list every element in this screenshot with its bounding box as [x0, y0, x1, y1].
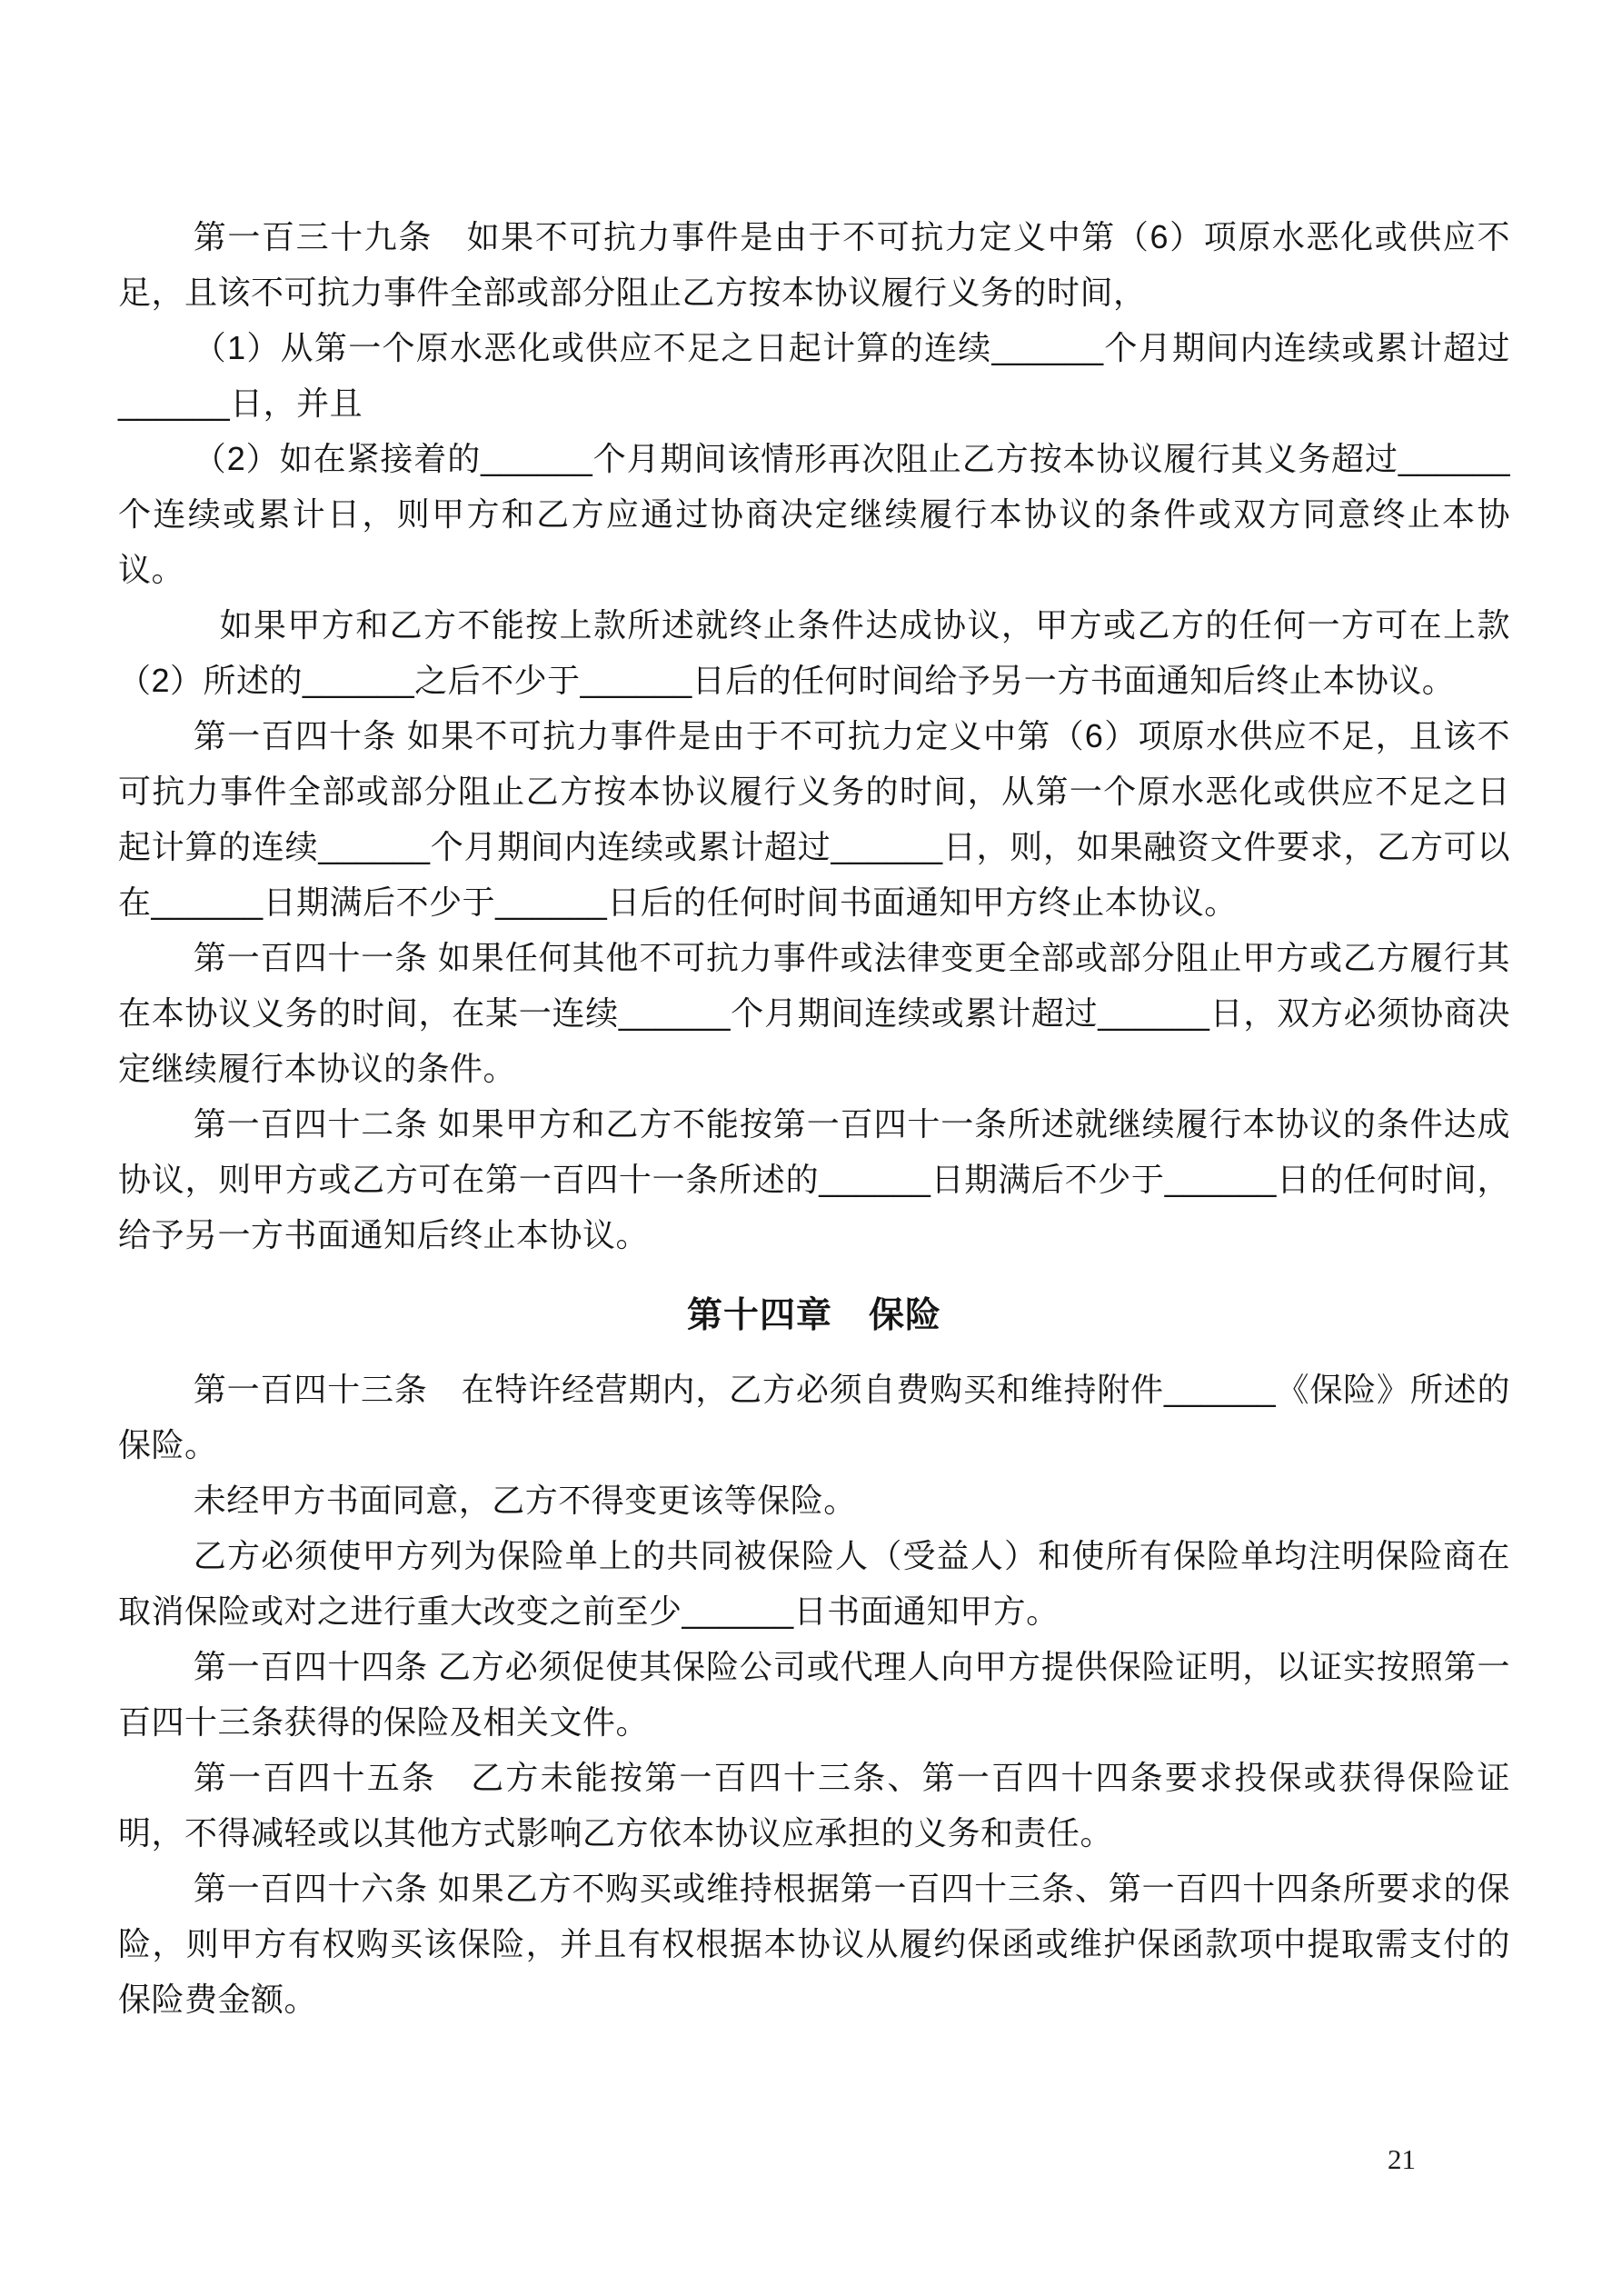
clause-143-paragraph: 第一百四十三条 在特许经营期内，乙方必须自费购买和维持附件______《保险》所… — [118, 1362, 1510, 1472]
chapter-14-heading: 第十四章 保险 — [118, 1288, 1510, 1343]
document-page: 第一百三十九条 如果不可抗力事件是由于不可抗力定义中第（6）项原水恶化或供应不足… — [0, 0, 1622, 2296]
clause-140-paragraph: 第一百四十条 如果不可抗力事件是由于不可抗力定义中第（6）项原水供应不足，且该不… — [118, 708, 1510, 930]
clause-146-paragraph: 第一百四十六条 如果乙方不购买或维持根据第一百四十三条、第一百四十四条所要求的保… — [118, 1861, 1510, 2027]
clause-143-co-insured-paragraph: 乙方必须使甲方列为保险单上的共同被保险人（受益人）和使所有保险单均注明保险商在取… — [118, 1528, 1510, 1639]
clause-143-no-amendment-paragraph: 未经甲方书面同意，乙方不得变更该等保险。 — [118, 1472, 1510, 1528]
clause-139-paragraph: 第一百三十九条 如果不可抗力事件是由于不可抗力定义中第（6）项原水恶化或供应不足… — [118, 209, 1510, 320]
document-body: 第一百三十九条 如果不可抗力事件是由于不可抗力定义中第（6）项原水恶化或供应不足… — [118, 209, 1510, 2027]
clause-142-paragraph: 第一百四十二条 如果甲方和乙方不能按第一百四十一条所述就继续履行本协议的条件达成… — [118, 1096, 1510, 1263]
clause-141-paragraph: 第一百四十一条 如果任何其他不可抗力事件或法律变更全部或部分阻止甲方或乙方履行其… — [118, 930, 1510, 1096]
clause-139-item-2: （2）如在紧接着的______个月期间该情形再次阻止乙方按本协议履行其义务超过_… — [118, 431, 1510, 597]
clause-139-item-1: （1）从第一个原水恶化或供应不足之日起计算的连续______个月期间内连续或累计… — [118, 320, 1510, 431]
clause-144-paragraph: 第一百四十四条 乙方必须促使其保险公司或代理人向甲方提供保险证明，以证实按照第一… — [118, 1639, 1510, 1750]
clause-145-paragraph: 第一百四十五条 乙方未能按第一百四十三条、第一百四十四条要求投保或获得保险证明，… — [118, 1750, 1510, 1861]
clause-139-termination-paragraph: 如果甲方和乙方不能按上款所述就终止条件达成协议，甲方或乙方的任何一方可在上款（2… — [118, 597, 1510, 708]
page-number: 21 — [1388, 2143, 1416, 2176]
